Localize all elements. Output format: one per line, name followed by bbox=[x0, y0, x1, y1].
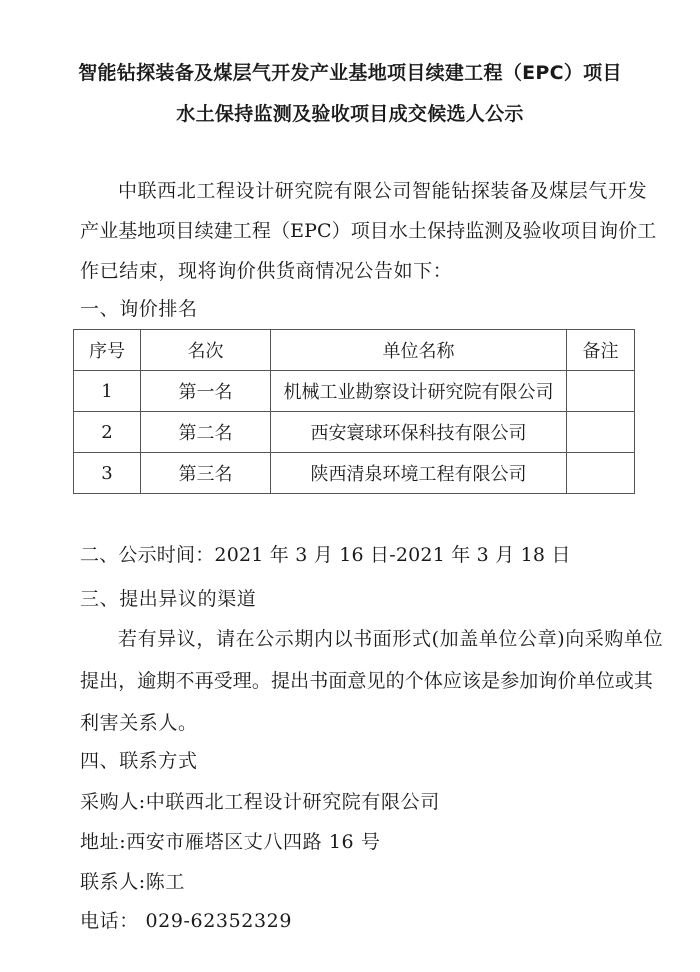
title-line-1: 智能钻探装备及煤层气开发产业基地项目续建工程（EPC）项目 bbox=[0, 58, 700, 85]
cell-no: 2 bbox=[74, 412, 141, 453]
header-cell-rank: 名次 bbox=[141, 330, 271, 371]
header-cell-note: 备注 bbox=[567, 330, 635, 371]
table-header-row: 序号 名次 单位名称 备注 bbox=[74, 330, 635, 371]
cell-company: 机械工业勘察设计研究院有限公司 bbox=[271, 371, 567, 412]
purchaser-line: 采购人:中联西北工程设计研究院有限公司 bbox=[80, 793, 440, 812]
section-3-heading: 三、提出异议的渠道 bbox=[80, 590, 256, 609]
cell-rank: 第二名 bbox=[141, 412, 271, 453]
section-3-line-3: 利害关系人。 bbox=[80, 714, 198, 733]
table-row: 3 第三名 陕西清泉环境工程有限公司 bbox=[74, 453, 635, 494]
table-row: 1 第一名 机械工业勘察设计研究院有限公司 bbox=[74, 371, 635, 412]
cell-note bbox=[567, 412, 635, 453]
cell-rank: 第一名 bbox=[141, 371, 271, 412]
cell-company: 陕西清泉环境工程有限公司 bbox=[271, 453, 567, 494]
header-cell-company: 单位名称 bbox=[271, 330, 567, 371]
intro-line-1: 中联西北工程设计研究院有限公司智能钻探装备及煤层气开发 bbox=[118, 182, 647, 201]
table-row: 2 第二名 西安寰球环保科技有限公司 bbox=[74, 412, 635, 453]
section-4-heading: 四、联系方式 bbox=[80, 752, 198, 771]
cell-rank: 第三名 bbox=[141, 453, 271, 494]
cell-note bbox=[567, 371, 635, 412]
phone-line: 电话： 029-62352329 bbox=[80, 912, 292, 931]
header-cell-no: 序号 bbox=[74, 330, 141, 371]
contact-line: 联系人:陈工 bbox=[80, 873, 185, 892]
section-3-line-1: 若有异议，请在公示期内以书面形式(加盖单位公章)向采购单位 bbox=[118, 630, 663, 649]
cell-company: 西安寰球环保科技有限公司 bbox=[271, 412, 567, 453]
cell-note bbox=[567, 453, 635, 494]
section-3-line-2: 提出，逾期不再受理。提出书面意见的个体应该是参加询价单位或其 bbox=[80, 672, 653, 691]
intro-line-3: 作已结束，现将询价供货商情况公告如下： bbox=[80, 262, 452, 281]
title-line-2: 水土保持监测及验收项目成交候选人公示 bbox=[0, 99, 700, 126]
address-line: 地址:西安市雁塔区丈八四路 16 号 bbox=[80, 833, 380, 852]
section-1-heading: 一、询价排名 bbox=[80, 300, 198, 319]
ranking-table: 序号 名次 单位名称 备注 1 第一名 机械工业勘察设计研究院有限公司 2 第二… bbox=[73, 329, 635, 494]
cell-no: 1 bbox=[74, 371, 141, 412]
intro-line-2: 产业基地项目续建工程（EPC）项目水土保持监测及验收项目询价工 bbox=[80, 222, 656, 241]
cell-no: 3 bbox=[74, 453, 141, 494]
section-2-heading: 二、公示时间：2021 年 3 月 16 日-2021 年 3 月 18 日 bbox=[80, 546, 571, 565]
